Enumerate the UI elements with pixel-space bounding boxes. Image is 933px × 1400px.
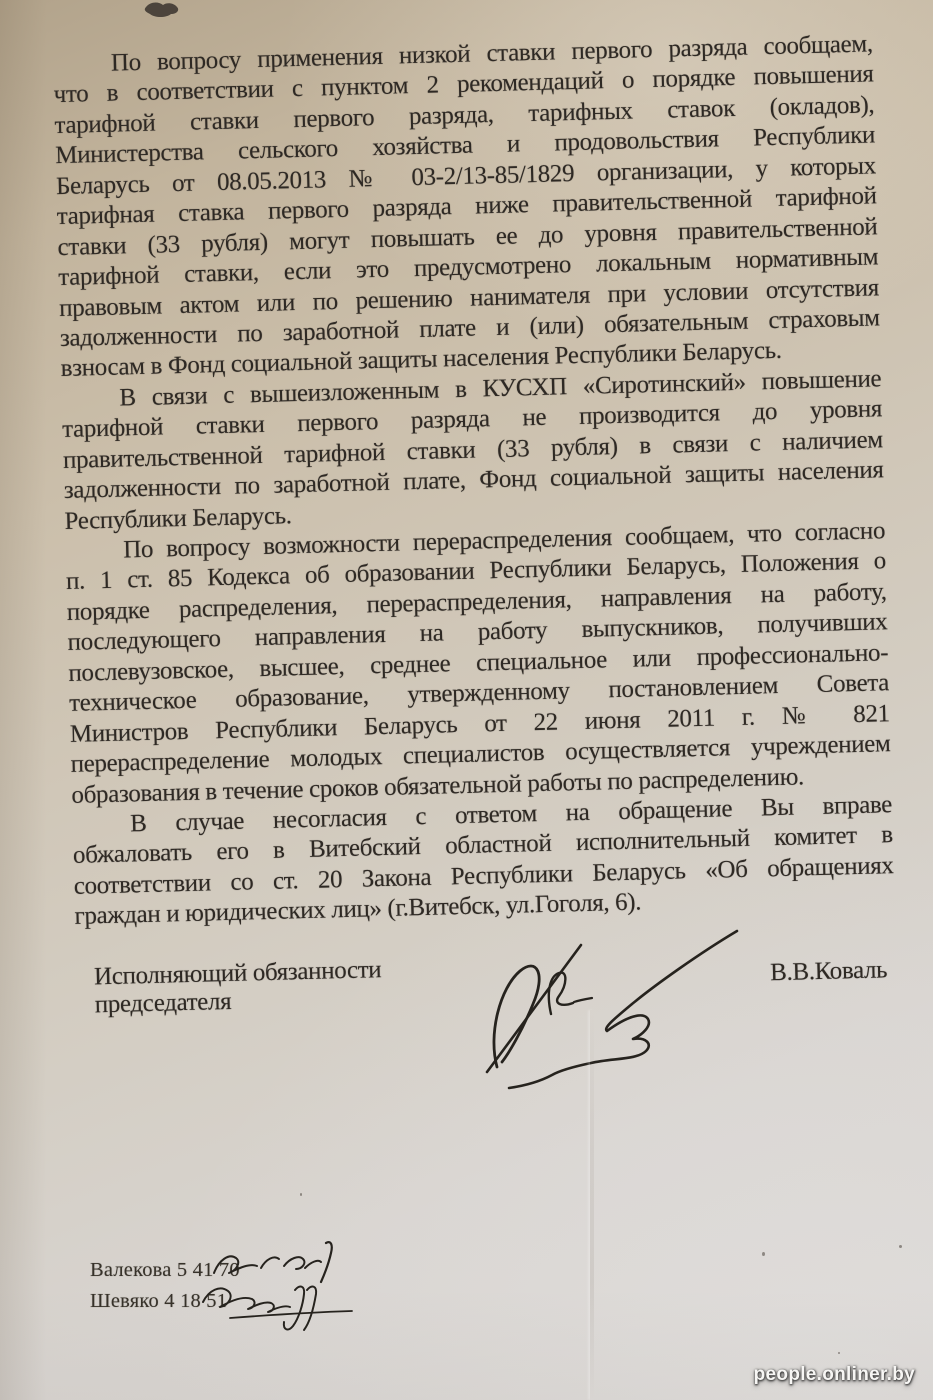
paper-speck	[300, 1193, 302, 1196]
scanned-letter-page: По вопросу применения низкой ставки перв…	[0, 0, 933, 1400]
signer-role: Исполняющий обязанности председателя	[94, 956, 383, 1020]
paragraph-4: В случае несогласия с ответом на обращен…	[72, 790, 895, 932]
paper-speck	[899, 1245, 902, 1248]
contact-line: Шевяко 4 18 51	[90, 1286, 240, 1317]
ink-smudge-icon	[141, 0, 185, 24]
signer-role-line2: председателя	[94, 984, 382, 1020]
source-watermark: people.onliner.by	[754, 1364, 915, 1386]
dispatcher-contacts: Валекова 5 41 70 Шевяко 4 18 51	[90, 1255, 240, 1317]
paper-speck	[838, 1352, 840, 1354]
contact-line: Валекова 5 41 70	[90, 1255, 240, 1286]
paragraph-2: В связи с вышеизложенным в КУСХП «Сироти…	[61, 364, 885, 537]
paper-speck	[762, 1252, 765, 1256]
paper-crease	[590, 1010, 594, 1400]
paragraph-1: По вопросу применения низкой ставки перв…	[53, 29, 881, 384]
signature-block: Исполняющий обязанности председателя В.В…	[76, 943, 897, 1021]
signer-name: В.В.Коваль	[770, 943, 888, 988]
letter-body: По вопросу применения низкой ставки перв…	[53, 29, 897, 1020]
paragraph-3: По вопросу возможности перераспределения…	[65, 516, 892, 811]
